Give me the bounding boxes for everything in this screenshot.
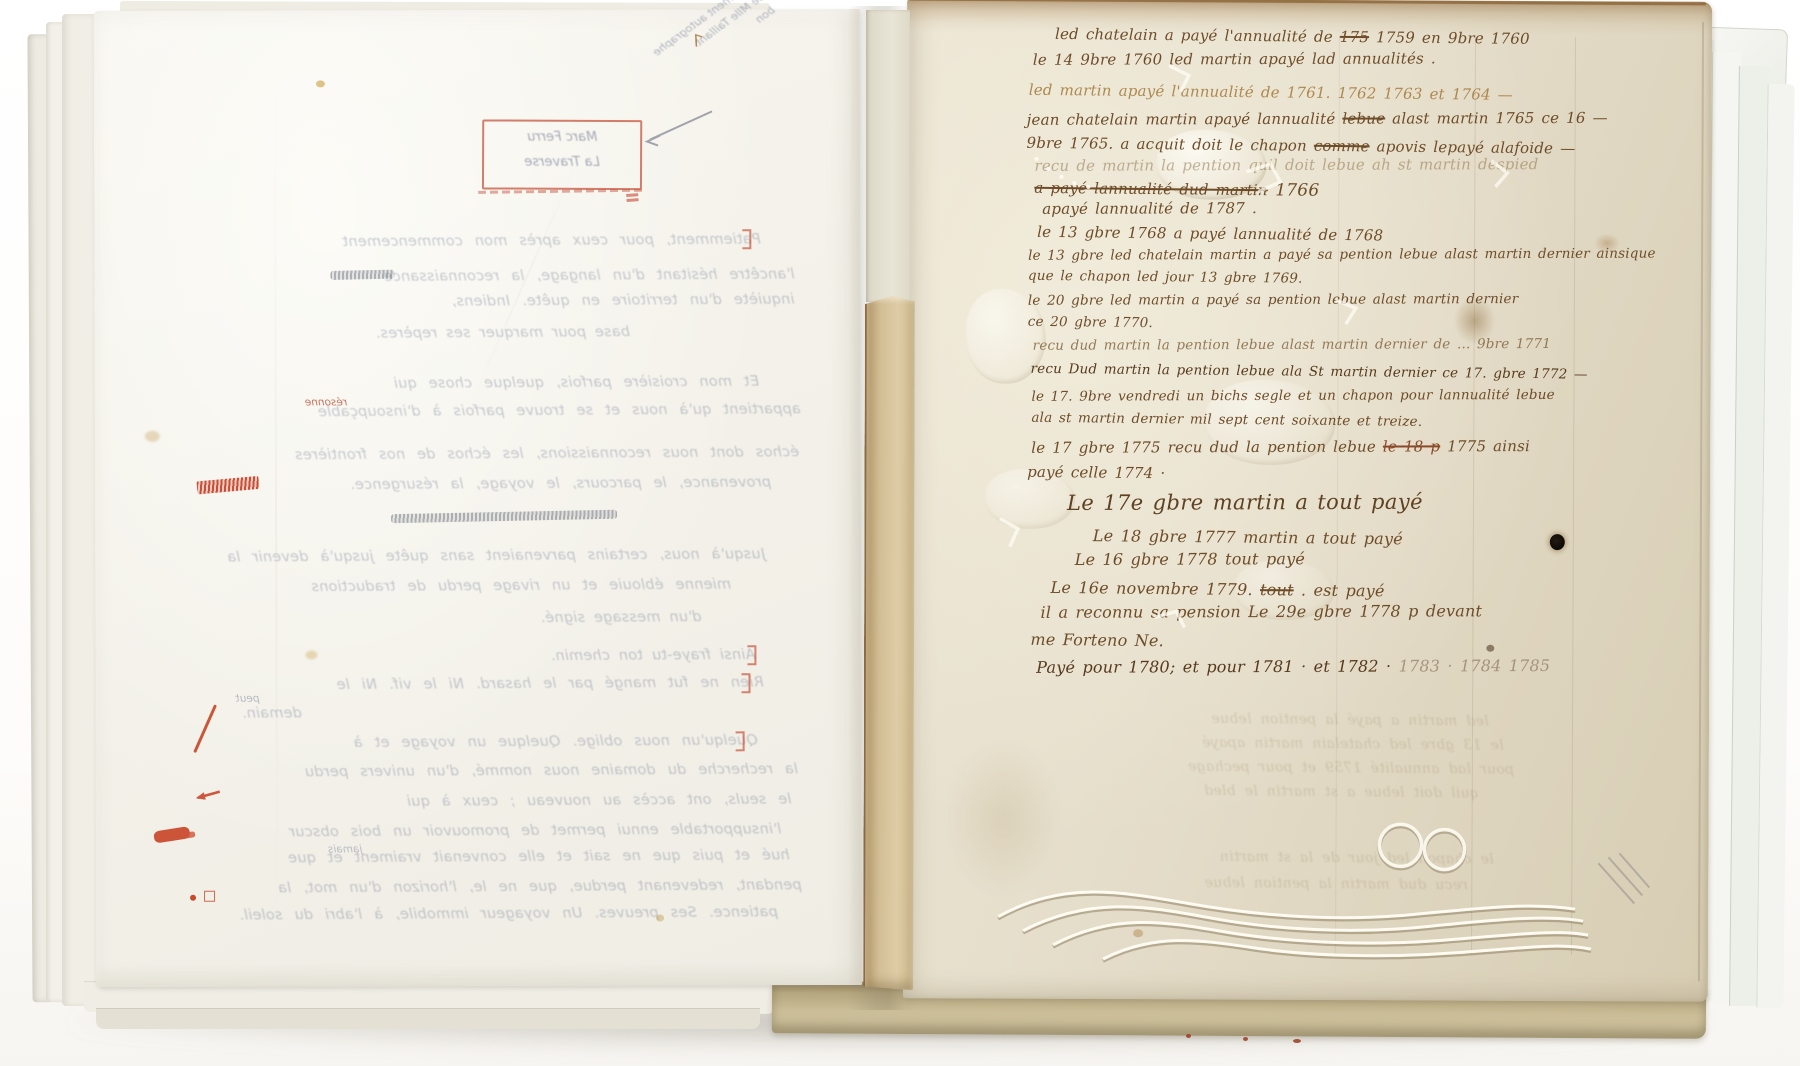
ghost-line: Patiemment, pour ceux après mon commence… <box>342 232 760 251</box>
pencil-interlinear-word: peut <box>236 693 260 705</box>
ghost-line: provenance, le parcours, le voyage, la r… <box>350 474 771 493</box>
ghost-line: Quelqu'un nous oblige. Quelque un voyage… <box>354 733 758 751</box>
pencil-arrow <box>634 105 714 155</box>
red-pencil-box: Marc Ferru La Traverse <box>482 119 642 190</box>
left-page: document autographe de Mlle Taillant bon… <box>94 9 863 987</box>
left-page-stack-bottom-edge <box>96 1008 760 1029</box>
red-arrow-mark <box>192 789 222 801</box>
paper-stain <box>305 650 317 659</box>
paper-crease <box>274 71 278 931</box>
pencil-interlinear-word: jamais <box>328 843 362 855</box>
red-dot-mark <box>190 895 196 901</box>
ghost-line: mienne éblouie et un rivage perdu de tra… <box>311 577 731 596</box>
emboss-wave-marks <box>903 0 1712 1002</box>
ghost-line: demain. <box>241 705 301 721</box>
red-slash-mark <box>193 704 217 753</box>
ghost-line: inquiète d'un territoire en quête. Indie… <box>451 292 794 310</box>
red-scribble-strike <box>197 476 260 495</box>
pencil-scratch-out <box>391 510 617 524</box>
ghost-line: pendant, redevenant perdue, que ne le, l… <box>278 877 802 896</box>
red-bracket-mark <box>742 229 751 249</box>
edge-speck <box>1243 1037 1248 1041</box>
red-square-mark <box>204 891 215 902</box>
paper-stain <box>316 80 325 87</box>
ghost-line: Ainsi fraye-tu ton chemin. <box>550 647 755 664</box>
boxed-label-line: Marc Ferru <box>494 125 630 150</box>
red-bracket-mark <box>741 673 750 693</box>
ghost-line: d'un message signé. <box>540 609 701 626</box>
right-page-ledger: led chatelain a payé l'annualité de 175 … <box>903 0 1712 1002</box>
gutter-page-edge <box>866 10 910 302</box>
ghost-line: l'ancêtre hésitant d'un langage, la reco… <box>383 266 794 285</box>
paper-stain <box>656 915 664 922</box>
red-blob-mark <box>153 826 190 844</box>
ghost-line: hué et puis que ne sait et elle convenai… <box>288 847 790 866</box>
boxed-label-line: La Traverse <box>494 150 630 175</box>
edge-speck <box>1186 1034 1191 1038</box>
ghost-line: le seuls, ont accès au nouveau ; ceux à … <box>407 792 792 810</box>
red-bracket-mark <box>747 645 756 665</box>
gutter-tan-guard-strip <box>863 296 915 990</box>
edge-speck <box>1293 1039 1301 1043</box>
ghost-line: patience. Ses preuves. Un voyageur immob… <box>239 904 778 923</box>
open-manuscript-book: document autographe de Mlle Taillant bon… <box>0 0 1800 1066</box>
corner-note-line: de Mlle Taillant <box>605 0 768 114</box>
ghost-line: Jusqu'à nous, certains parvenaient sans … <box>227 546 765 565</box>
pencil-scratch-out <box>330 270 394 280</box>
ghost-line: l'insupportable ennui permet de promouvo… <box>289 821 782 840</box>
ghost-line: la recherche du domaine nous nommé, d'un… <box>304 761 797 780</box>
ghost-line: appartient qu'à nous et se trouve parfoi… <box>318 401 801 420</box>
red-bracket-mark <box>736 731 745 751</box>
paper-stain <box>145 431 160 442</box>
ghost-line: Et mon croisière parfois, quelque chose … <box>393 374 758 392</box>
ghost-line: base pour marquer ses repères. <box>376 324 631 342</box>
ghost-line: Rien ne fut mangé par le hasard. Ni le v… <box>336 675 763 694</box>
red-paragraph-mark <box>626 193 638 197</box>
red-interlinear-word: résonne <box>305 396 347 408</box>
ghost-line: échos dont nous reconnaissions, les écho… <box>295 444 799 463</box>
